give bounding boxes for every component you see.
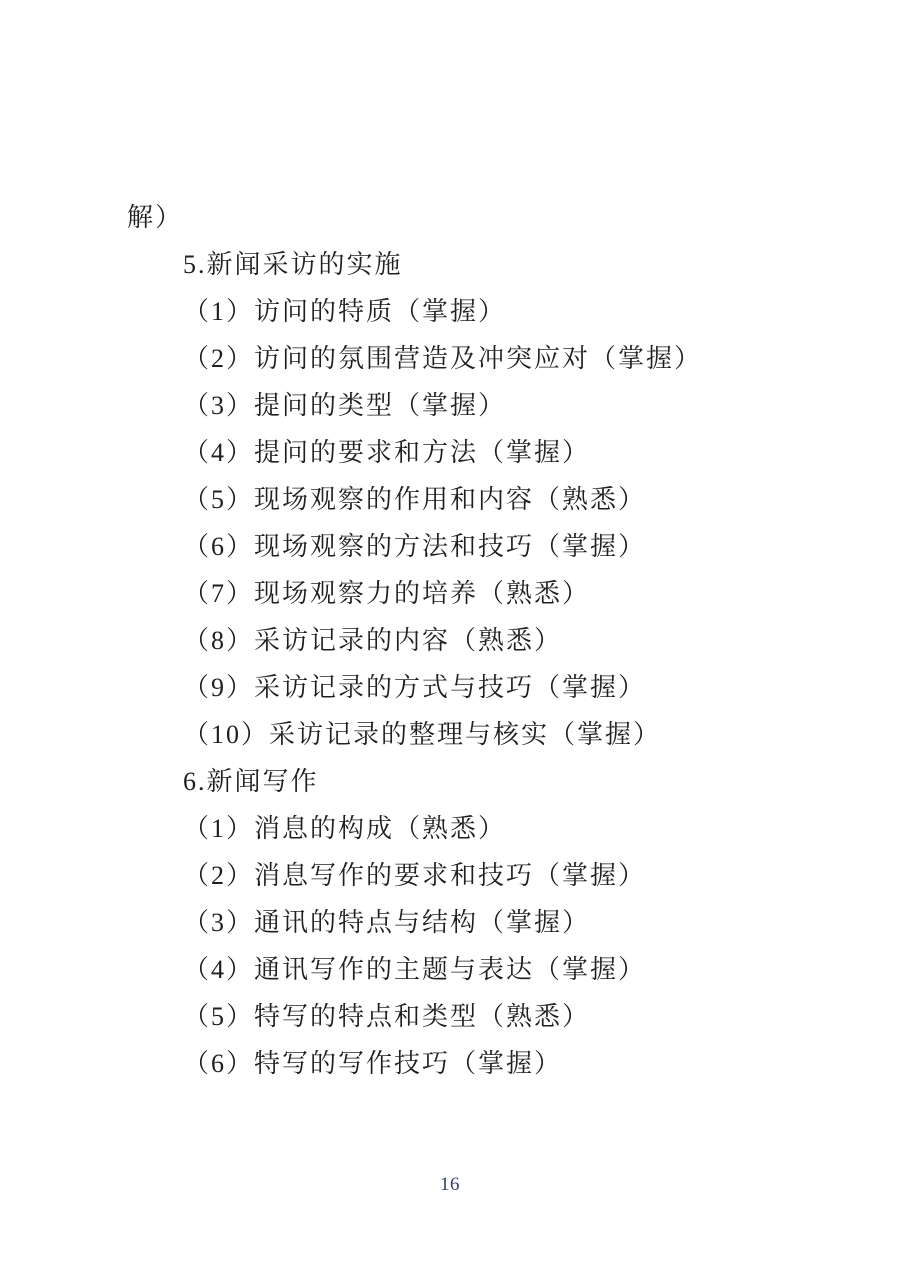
- outline-item-5-9: （9）采访记录的方式与技巧（掌握）: [127, 664, 860, 711]
- outline-item-5-7: （7）现场观察力的培养（熟悉）: [127, 570, 860, 617]
- outline-item-6-4: （4）通讯写作的主题与表达（掌握）: [127, 946, 860, 993]
- page-number: 16: [0, 1174, 900, 1196]
- outline-item-5-1: （1）访问的特质（掌握）: [127, 288, 860, 335]
- outline-item-5-4: （4）提问的要求和方法（掌握）: [127, 429, 860, 476]
- paragraph-continuation: 解）: [127, 194, 860, 241]
- outline-item-5-5: （5）现场观察的作用和内容（熟悉）: [127, 476, 860, 523]
- document-body: 解） 5.新闻采访的实施 （1）访问的特质（掌握） （2）访问的氛围营造及冲突应…: [127, 194, 860, 1087]
- outline-item-6-1: （1）消息的构成（熟悉）: [127, 805, 860, 852]
- document-page: 解） 5.新闻采访的实施 （1）访问的特质（掌握） （2）访问的氛围营造及冲突应…: [0, 0, 900, 1272]
- outline-item-6-3: （3）通讯的特点与结构（掌握）: [127, 899, 860, 946]
- section-6-heading: 6.新闻写作: [127, 758, 860, 805]
- outline-item-6-5: （5）特写的特点和类型（熟悉）: [127, 993, 860, 1040]
- outline-item-5-8: （8）采访记录的内容（熟悉）: [127, 617, 860, 664]
- section-5-heading: 5.新闻采访的实施: [127, 241, 860, 288]
- outline-item-5-2: （2）访问的氛围营造及冲突应对（掌握）: [127, 335, 860, 382]
- outline-item-6-2: （2）消息写作的要求和技巧（掌握）: [127, 852, 860, 899]
- outline-item-5-3: （3）提问的类型（掌握）: [127, 382, 860, 429]
- outline-item-6-6: （6）特写的写作技巧（掌握）: [127, 1040, 860, 1087]
- outline-item-5-6: （6）现场观察的方法和技巧（掌握）: [127, 523, 860, 570]
- outline-item-5-10: （10）采访记录的整理与核实（掌握）: [127, 711, 860, 758]
